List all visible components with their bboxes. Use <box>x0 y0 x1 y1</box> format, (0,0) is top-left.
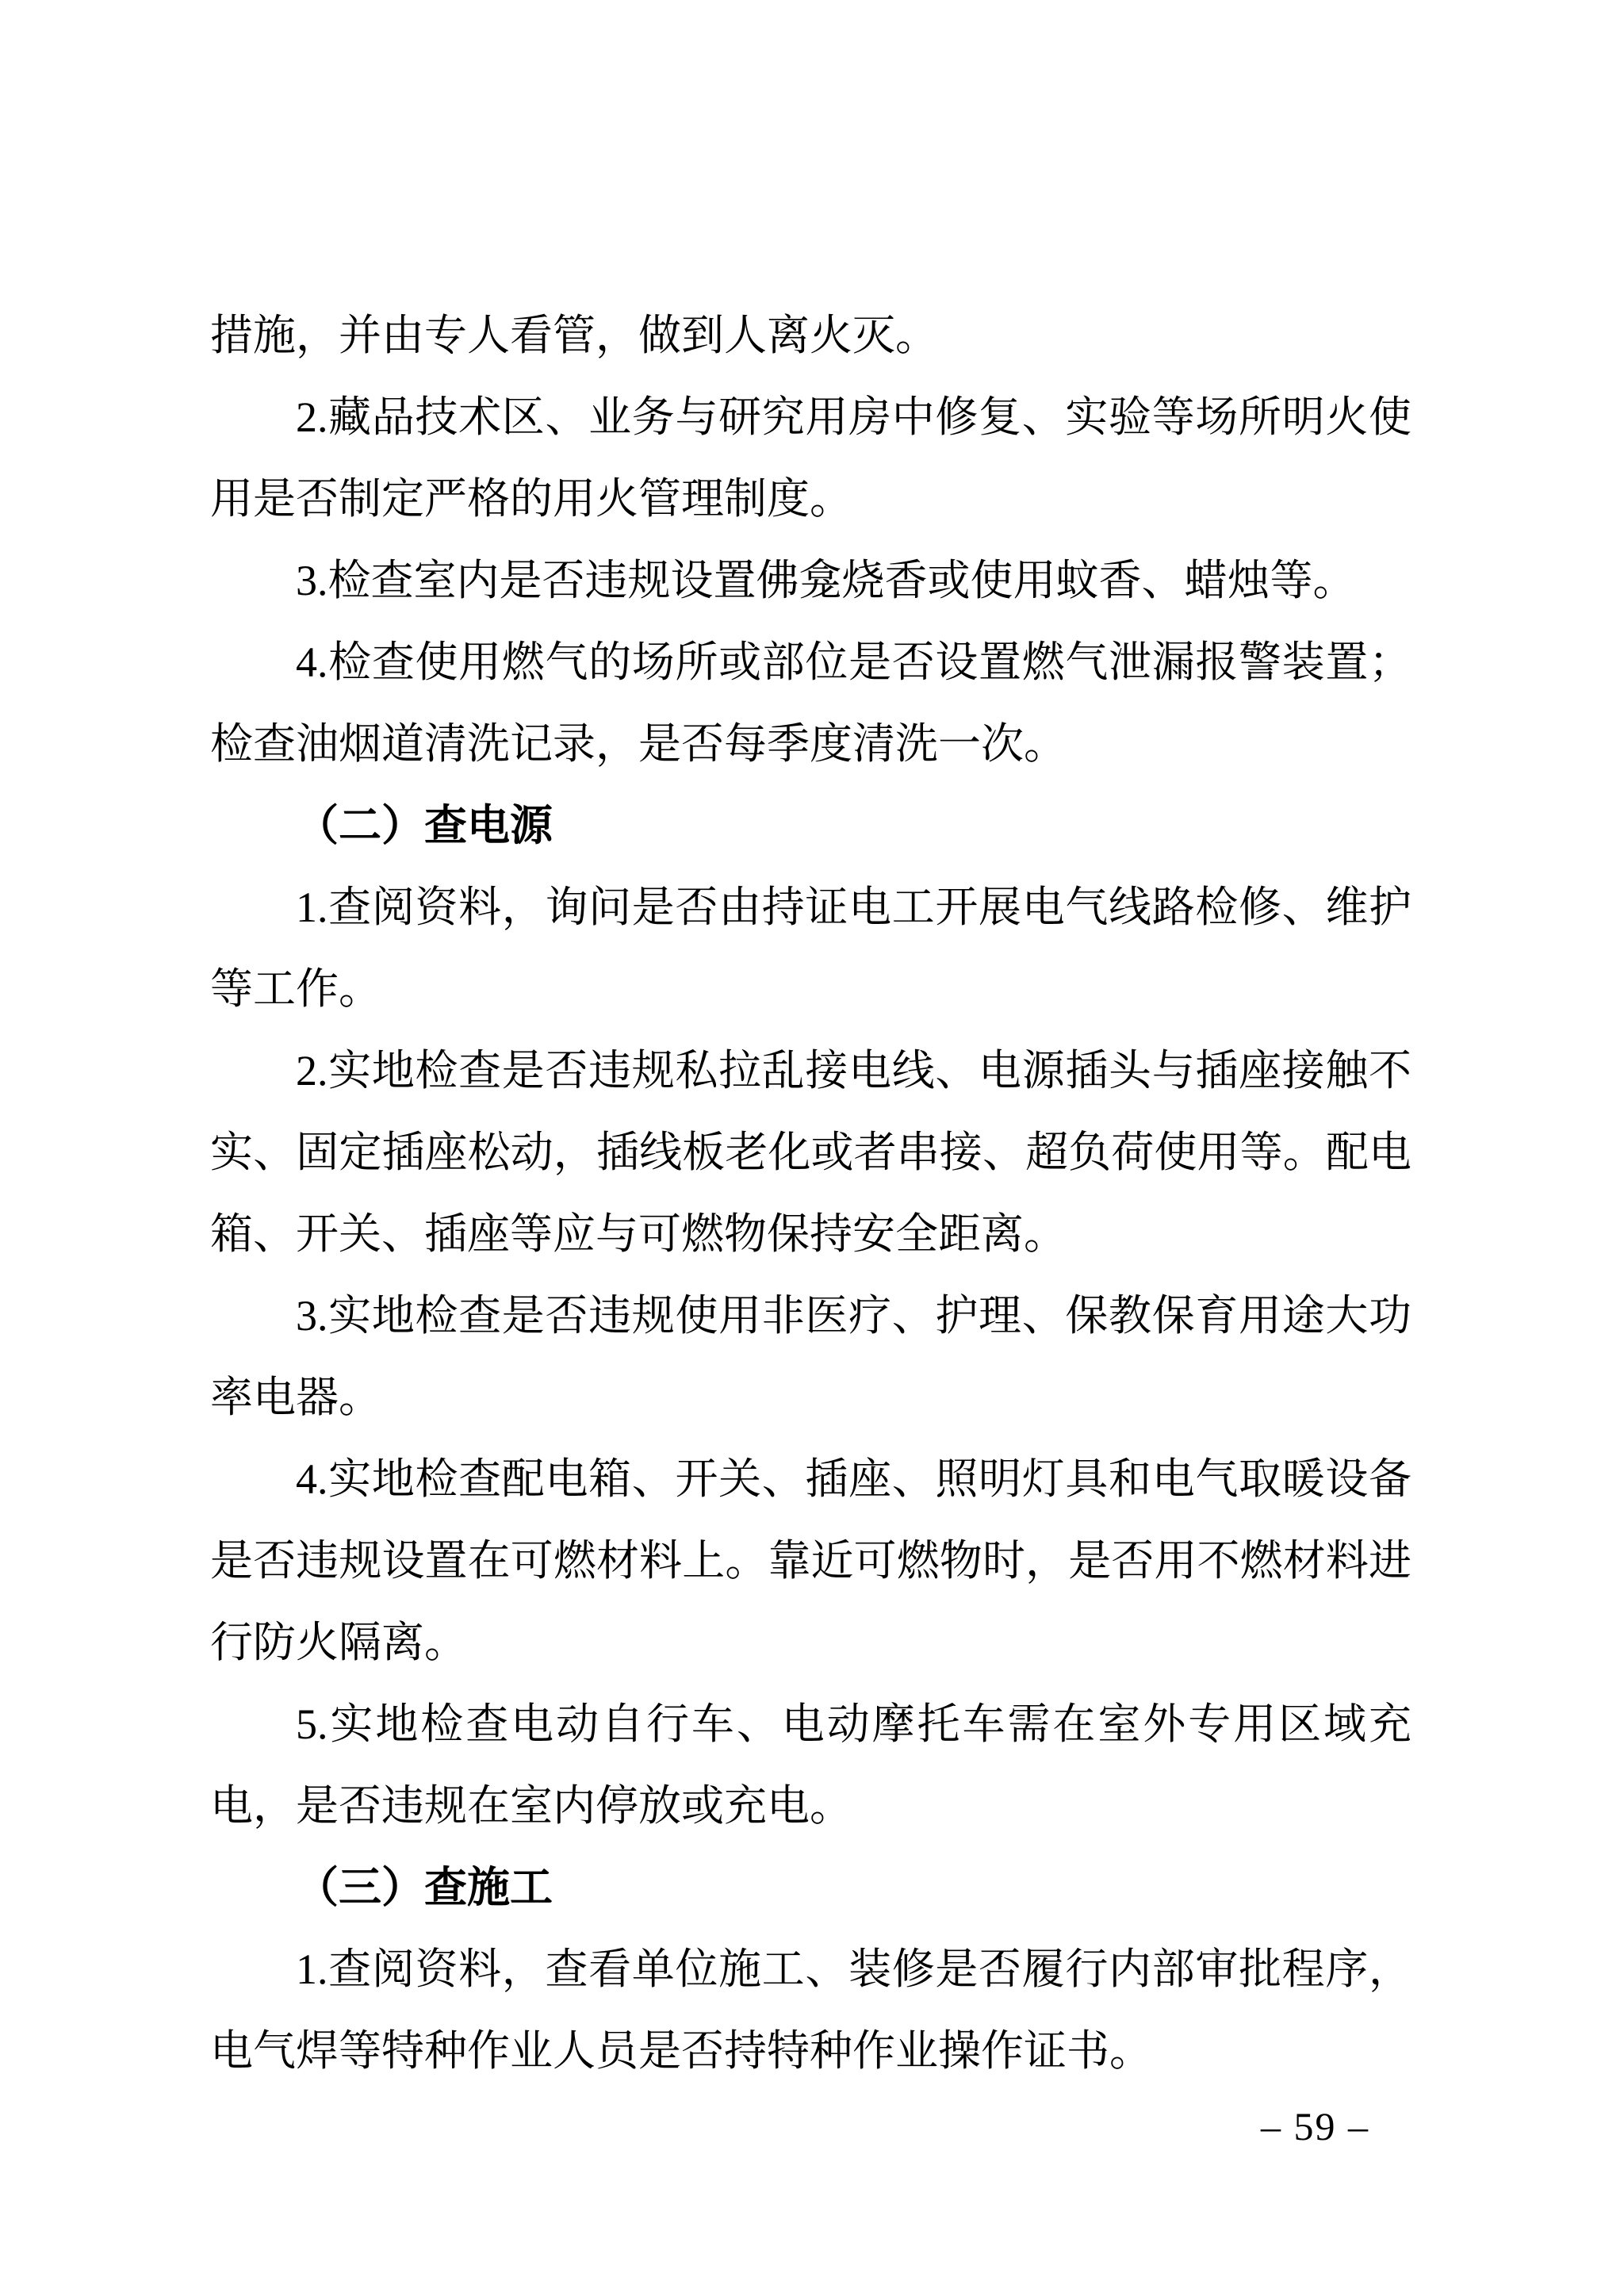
text-line: 2.藏品技术区、业务与研究用房中修复、实验等场所明火使 <box>210 377 1411 458</box>
text-line: 实、固定插座松动，插线板老化或者串接、超负荷使用等。配电 <box>210 1112 1411 1194</box>
text-line: 用是否制定严格的用火管理制度。 <box>210 458 1411 540</box>
text-line: 措施，并由专人看管，做到人离火灭。 <box>210 295 1411 377</box>
text-line: 电，是否违规在室内停放或充电。 <box>210 1765 1411 1847</box>
text-line: 行防火隔离。 <box>210 1602 1411 1684</box>
text-line: 4.检查使用燃气的场所或部位是否设置燃气泄漏报警装置； <box>210 622 1411 703</box>
paragraph: 4.实地检查配电箱、开关、插座、照明灯具和电气取暖设备是否违规设置在可燃材料上。… <box>210 1439 1411 1684</box>
paragraph: 2.实地检查是否违规私拉乱接电线、电源插头与插座接触不实、固定插座松动，插线板老… <box>210 1030 1411 1275</box>
paragraph: 1.查阅资料，询问是否由持证电工开展电气线路检修、维护等工作。 <box>210 867 1411 1030</box>
text-line: 3.检查室内是否违规设置佛龛烧香或使用蚊香、蜡烛等。 <box>210 540 1411 622</box>
paragraph: 1.查阅资料，查看单位施工、装修是否履行内部审批程序，电气焊等特种作业人员是否持… <box>210 1929 1411 2092</box>
paragraph: 3.实地检查是否违规使用非医疗、护理、保教保育用途大功率电器。 <box>210 1275 1411 1439</box>
text-line: 4.实地检查配电箱、开关、插座、照明灯具和电气取暖设备 <box>210 1439 1411 1520</box>
text-line: （三）查施工 <box>210 1847 1411 1929</box>
document-page: 措施，并由专人看管，做到人离火灭。2.藏品技术区、业务与研究用房中修复、实验等场… <box>0 0 1624 2296</box>
text-line: 电气焊等特种作业人员是否持特种作业操作证书。 <box>210 2010 1411 2092</box>
section-heading: （二）查电源 <box>210 785 1411 867</box>
text-line: （二）查电源 <box>210 785 1411 867</box>
text-line: 是否违规设置在可燃材料上。靠近可燃物时，是否用不燃材料进 <box>210 1520 1411 1602</box>
text-line: 等工作。 <box>210 949 1411 1030</box>
text-line: 3.实地检查是否违规使用非医疗、护理、保教保育用途大功 <box>210 1275 1411 1357</box>
section-heading: （三）查施工 <box>210 1847 1411 1929</box>
text-line: 1.查阅资料，查看单位施工、装修是否履行内部审批程序， <box>210 1929 1411 2010</box>
page-number: – 59 – <box>1261 2102 1369 2151</box>
paragraph: 4.检查使用燃气的场所或部位是否设置燃气泄漏报警装置；检查油烟道清洗记录，是否每… <box>210 622 1411 785</box>
text-line: 率电器。 <box>210 1357 1411 1439</box>
paragraph: 5.实地检查电动自行车、电动摩托车需在室外专用区域充电，是否违规在室内停放或充电… <box>210 1684 1411 1847</box>
text-line: 5.实地检查电动自行车、电动摩托车需在室外专用区域充 <box>210 1684 1411 1765</box>
text-line: 2.实地检查是否违规私拉乱接电线、电源插头与插座接触不 <box>210 1030 1411 1112</box>
paragraph: 3.检查室内是否违规设置佛龛烧香或使用蚊香、蜡烛等。 <box>210 540 1411 622</box>
paragraph: 2.藏品技术区、业务与研究用房中修复、实验等场所明火使用是否制定严格的用火管理制… <box>210 377 1411 540</box>
text-line: 检查油烟道清洗记录，是否每季度清洗一次。 <box>210 703 1411 785</box>
text-line: 箱、开关、插座等应与可燃物保持安全距离。 <box>210 1194 1411 1275</box>
document-body: 措施，并由专人看管，做到人离火灭。2.藏品技术区、业务与研究用房中修复、实验等场… <box>210 295 1411 2092</box>
text-line: 1.查阅资料，询问是否由持证电工开展电气线路检修、维护 <box>210 867 1411 949</box>
paragraph: 措施，并由专人看管，做到人离火灭。 <box>210 295 1411 377</box>
